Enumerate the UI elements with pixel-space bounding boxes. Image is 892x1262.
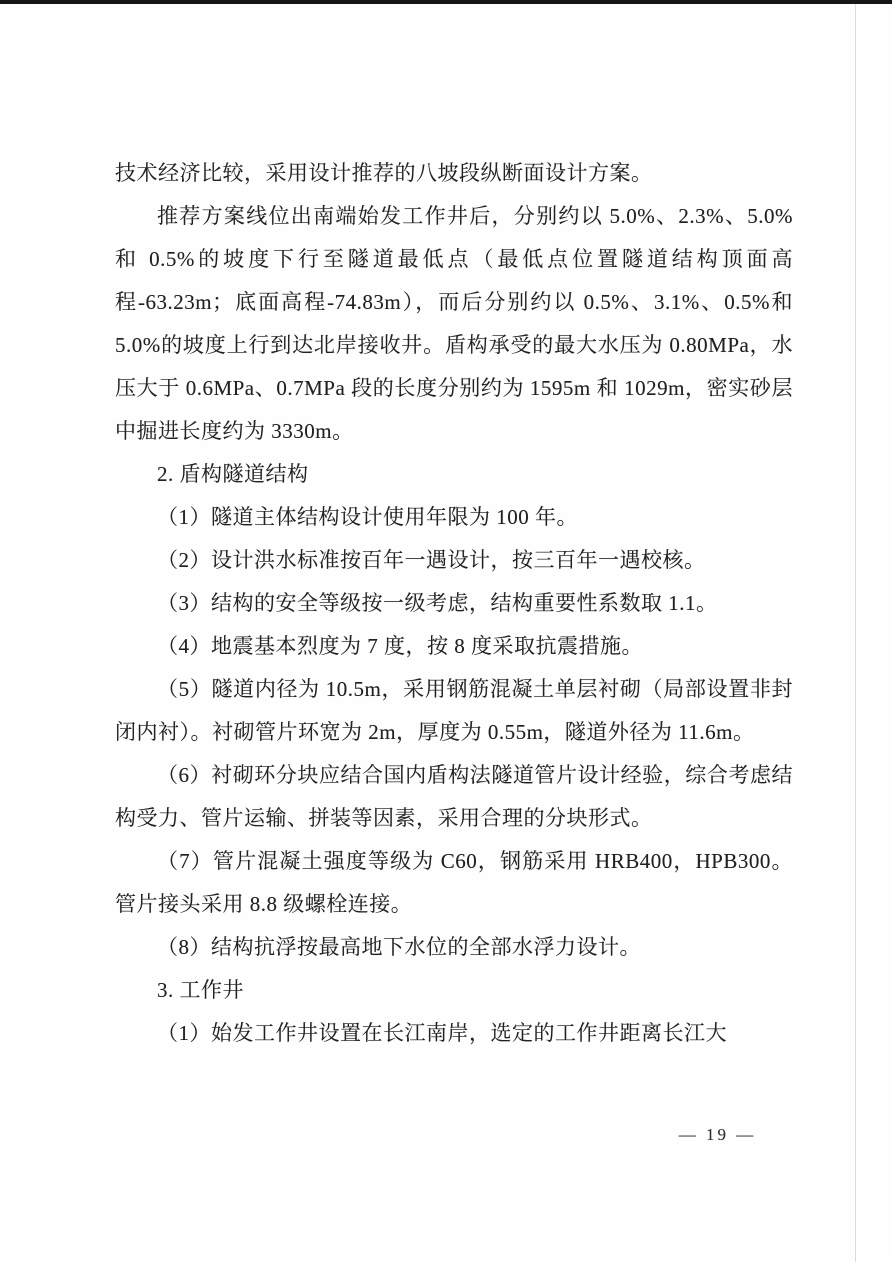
section-2-item-6: （6）衬砌环分块应结合国内盾构法隧道管片设计经验，综合考虑结构受力、管片运输、拼…	[115, 754, 793, 840]
section-3-item-1: （1）始发工作井设置在长江南岸，选定的工作井距离长江大	[115, 1012, 793, 1055]
section-2-item-5: （5）隧道内径为 10.5m，采用钢筋混凝土单层衬砌（局部设置非封闭内衬）。衬砌…	[115, 668, 793, 754]
section-2-item-1: （1）隧道主体结构设计使用年限为 100 年。	[115, 496, 793, 539]
section-2-item-2: （2）设计洪水标准按百年一遇设计，按三百年一遇校核。	[115, 539, 793, 582]
section-2-item-8: （8）结构抗浮按最高地下水位的全部水浮力设计。	[115, 926, 793, 969]
scan-border-top	[0, 0, 892, 4]
section-3-heading: 3. 工作井	[115, 969, 793, 1012]
scan-page-edge-line	[855, 4, 856, 1262]
section-2-heading: 2. 盾构隧道结构	[115, 453, 793, 496]
document-body: 技术经济比较，采用设计推荐的八坡段纵断面设计方案。 推荐方案线位出南端始发工作井…	[115, 152, 793, 1055]
paragraph-alignment-profile: 推荐方案线位出南端始发工作井后，分别约以 5.0%、2.3%、5.0%和 0.5…	[115, 195, 793, 453]
page-number: — 19 —	[630, 1121, 805, 1149]
paragraph-continuation: 技术经济比较，采用设计推荐的八坡段纵断面设计方案。	[115, 152, 793, 195]
section-2-item-3: （3）结构的安全等级按一级考虑，结构重要性系数取 1.1。	[115, 582, 793, 625]
section-2-item-7: （7）管片混凝土强度等级为 C60，钢筋采用 HRB400，HPB300。管片接…	[115, 840, 793, 926]
section-2-item-4: （4）地震基本烈度为 7 度，按 8 度采取抗震措施。	[115, 625, 793, 668]
